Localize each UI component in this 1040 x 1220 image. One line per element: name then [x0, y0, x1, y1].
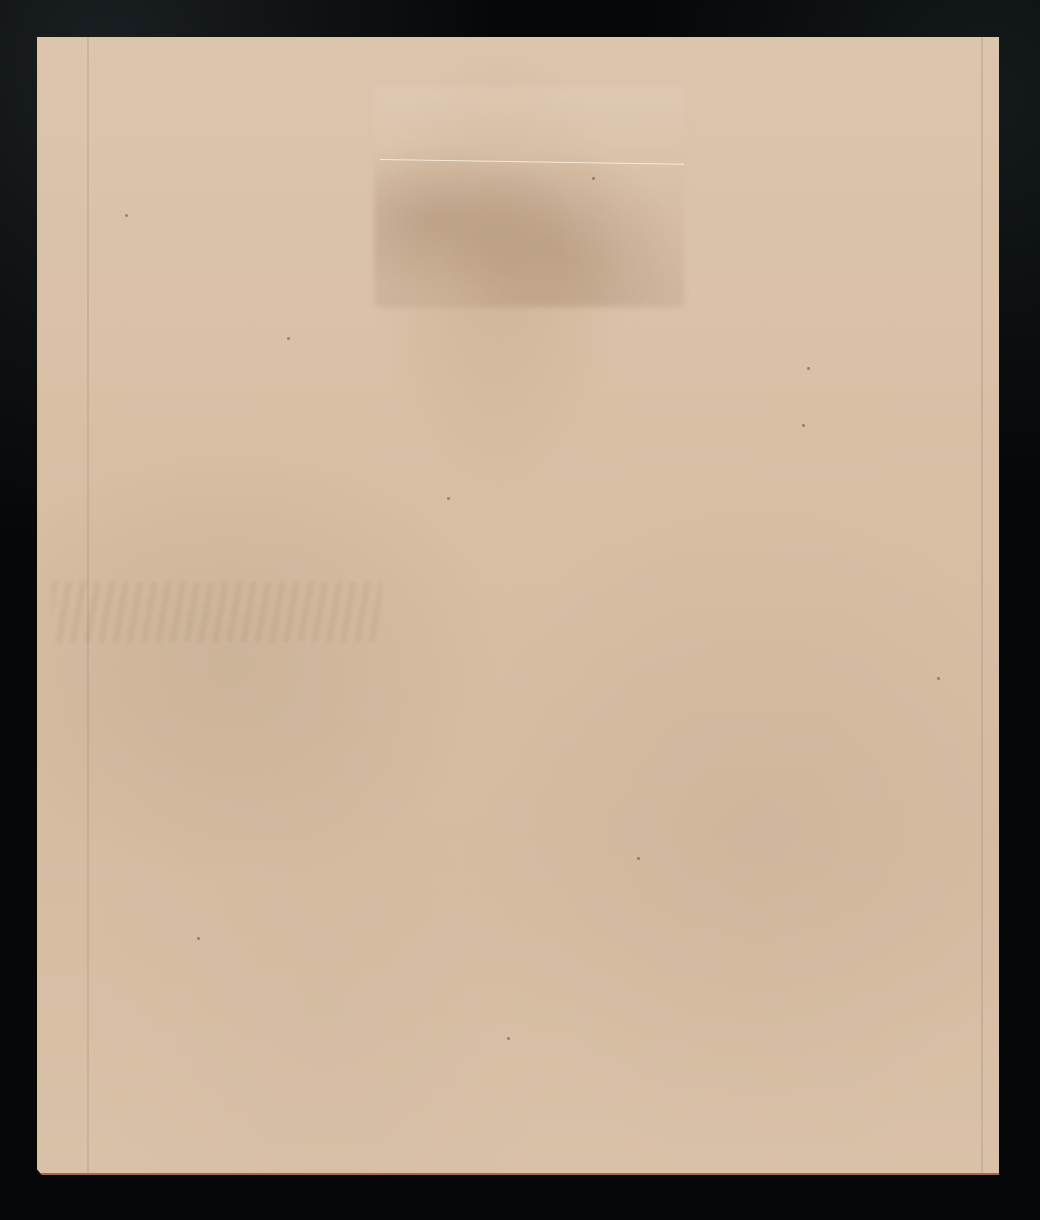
stamp-back — [37, 37, 999, 1175]
hinge-remnant — [374, 87, 684, 307]
faint-right-frame-line — [981, 37, 983, 1175]
faint-left-frame-line — [87, 37, 89, 1175]
faint-offset-marks — [52, 582, 382, 642]
